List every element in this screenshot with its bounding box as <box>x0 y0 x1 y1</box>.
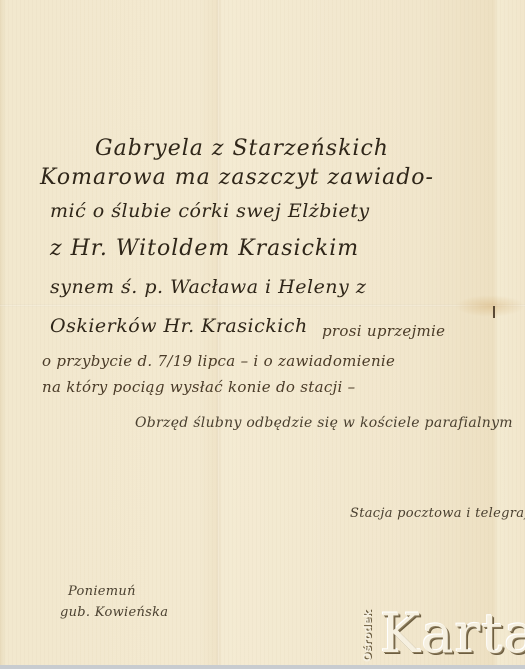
printed-line-4: z Hr. Witoldem Krasickim <box>50 236 359 261</box>
water-stain <box>455 295 525 317</box>
handwritten-line-1: prosi uprzejmie <box>322 322 445 340</box>
printed-line-5: synem ś. p. Wacława i Heleny z <box>50 276 366 298</box>
address-line-2: gub. Kowieńska <box>60 605 168 620</box>
watermark-prefix: Ośrodek <box>361 610 374 662</box>
horizontal-fold-crease <box>0 304 525 307</box>
printed-line-1: Gabryela z Starzeńskich <box>95 136 389 161</box>
scan-bottom-edge <box>0 665 525 669</box>
ceremony-line: Obrzęd ślubny odbędzie się w kościele pa… <box>135 415 513 431</box>
address-line-1: Poniemuń <box>68 584 136 599</box>
paper-tear-mark <box>493 306 495 318</box>
printed-line-3: mić o ślubie córki swej Elżbiety <box>50 200 370 222</box>
handwritten-line-2: o przybycie d. 7/19 lipca – i o zawiadom… <box>42 352 395 370</box>
postal-line: Stacja pocztowa i telegraficzna <box>350 506 525 521</box>
printed-line-2: Komarowa ma zaszczyt zawiado- <box>40 165 434 190</box>
karta-watermark-logo: Karta <box>380 602 525 665</box>
printed-line-6: Oskierków Hr. Krasickich <box>50 315 308 337</box>
handwritten-line-3: na który pociąg wysłać konie do stacji – <box>42 378 355 396</box>
